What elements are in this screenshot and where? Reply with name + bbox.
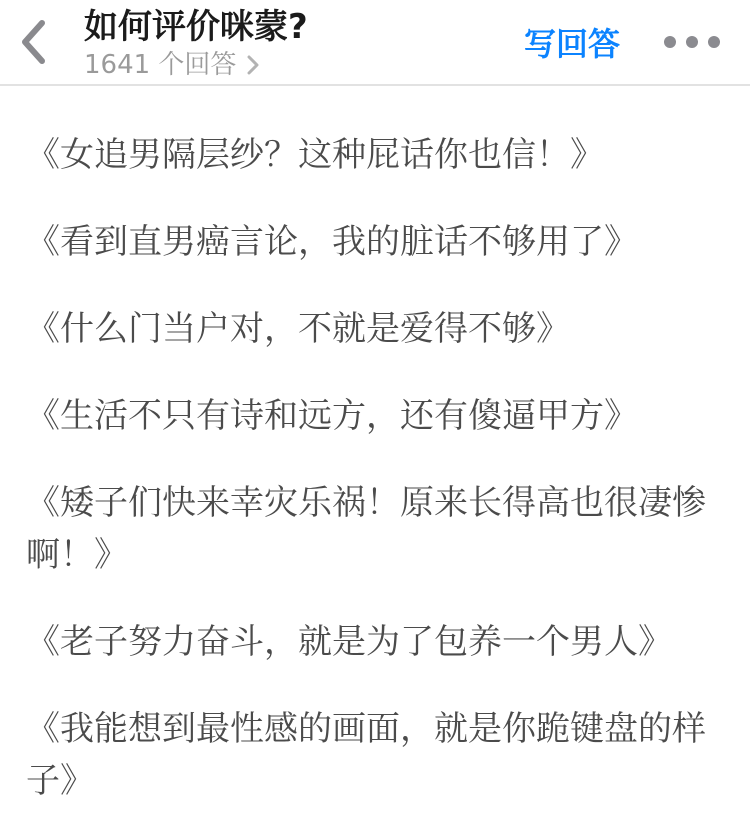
answers-count-label: 1641 个回答: [84, 50, 236, 80]
chevron-right-icon: [246, 54, 259, 76]
article-title-quote: 《看到直男癌言论，我的脏话不够用了》: [26, 216, 724, 268]
article-title-quote: 《生活不只有诗和远方，还有傻逼甲方》: [26, 390, 724, 442]
answer-body: 《女追男隔层纱？这种屁话你也信！》 《看到直男癌言论，我的脏话不够用了》 《什么…: [0, 86, 750, 807]
question-header-text: 如何评价咪蒙? 1641 个回答: [84, 5, 524, 80]
article-title-quote: 《我能想到最性感的画面，就是你跪键盘的样子》: [26, 703, 724, 807]
header: 如何评价咪蒙? 1641 个回答 写回答: [0, 0, 750, 86]
more-options-icon: [664, 36, 720, 48]
article-title-quote: 《老子努力奋斗，就是为了包养一个男人》: [26, 616, 724, 668]
article-title-quote: 《矮子们快来幸灾乐祸！原来长得高也很凄惨啊！》: [26, 477, 724, 581]
write-answer-button[interactable]: 写回答: [524, 19, 620, 65]
more-options-button[interactable]: [664, 36, 720, 48]
answers-count[interactable]: 1641 个回答: [84, 50, 524, 80]
article-title-quote: 《女追男隔层纱？这种屁话你也信！》: [26, 129, 724, 181]
article-title-quote: 《什么门当户对，不就是爱得不够》: [26, 303, 724, 355]
chevron-left-icon: [20, 19, 46, 65]
question-title: 如何评价咪蒙?: [84, 7, 524, 47]
back-button[interactable]: [0, 0, 84, 85]
